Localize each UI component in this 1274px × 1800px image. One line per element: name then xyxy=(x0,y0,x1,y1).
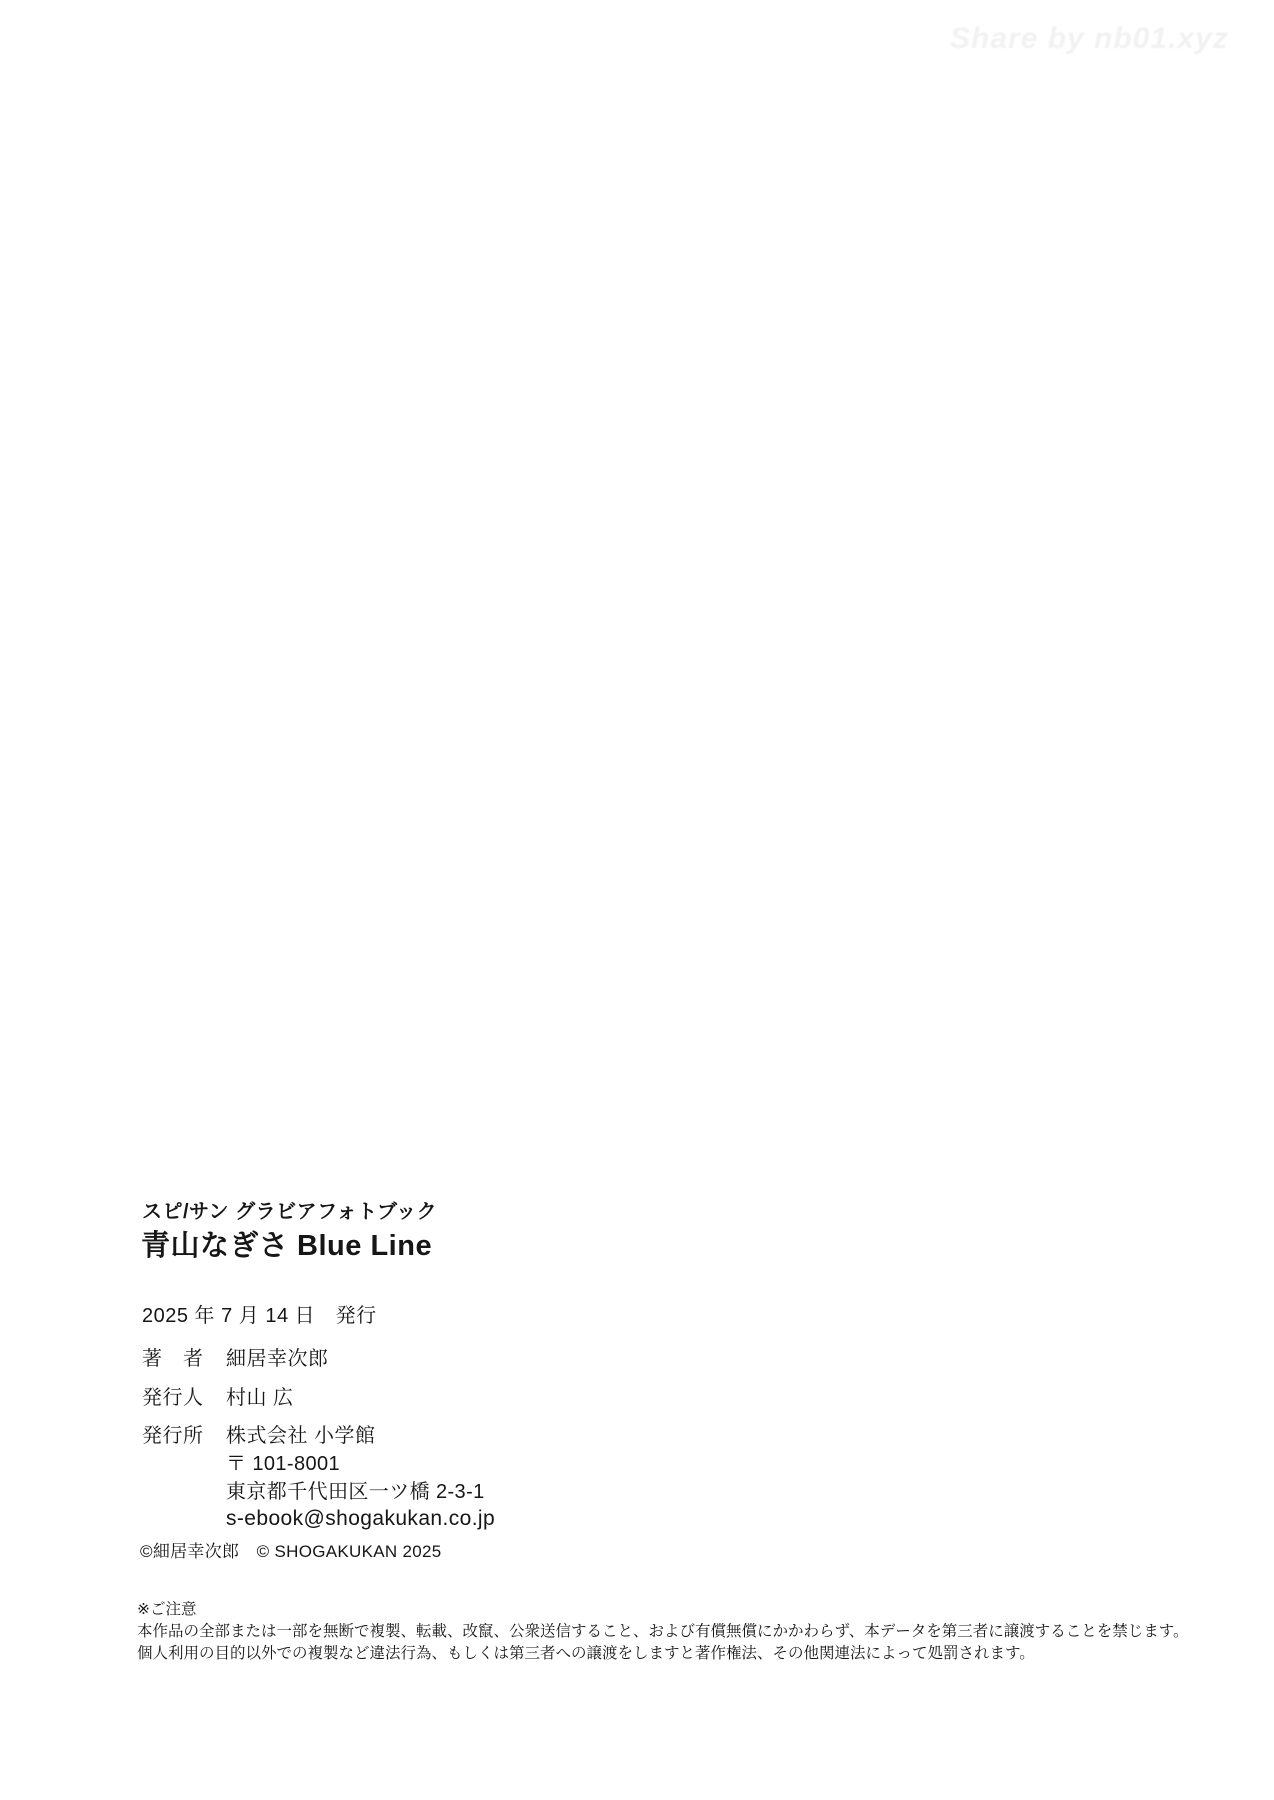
author-name: 細居幸次郎 xyxy=(226,1347,329,1372)
author-label: 著 者 xyxy=(142,1347,226,1372)
colophon-page: Share by nb01.xyz スピ/サン グラビアフォトブック 青山なぎさ… xyxy=(0,0,1274,1800)
publisher-postal-code: 〒 101-8001 xyxy=(226,1452,340,1477)
notice-heading: ※ご注意 xyxy=(137,1600,197,1619)
publisher-name: 株式会社 小学館 xyxy=(226,1424,376,1449)
notice-line-2: 個人利用の目的以外での複製など違法行為、もしくは第三者への譲渡をしますと著作権法… xyxy=(137,1644,1035,1663)
watermark-text: Share by nb01.xyz xyxy=(950,22,1229,56)
notice-line-1: 本作品の全部または一部を無断で複製、転載、改竄、公衆送信すること、および有償無償… xyxy=(137,1622,1189,1641)
publisher-label: 発行所 xyxy=(142,1424,226,1449)
publisher-address: 東京都千代田区一ツ橋 2-3-1 xyxy=(226,1480,485,1505)
author-row: 著 者 細居幸次郎 xyxy=(142,1347,329,1372)
publisher-row: 発行所 株式会社 小学館 xyxy=(142,1424,376,1449)
copyright-line: ©細居幸次郎 © SHOGAKUKAN 2025 xyxy=(140,1541,442,1562)
series-title: スピ/サン グラビアフォトブック xyxy=(142,1200,437,1225)
book-title: 青山なぎさ Blue Line xyxy=(141,1228,432,1264)
publication-date: 2025 年 7 月 14 日 発行 xyxy=(142,1304,377,1329)
publisher-email: s-ebook@shogakukan.co.jp xyxy=(226,1506,495,1532)
issuer-row: 発行人 村山 広 xyxy=(142,1386,294,1411)
issuer-name: 村山 広 xyxy=(226,1386,294,1411)
issuer-label: 発行人 xyxy=(142,1386,226,1411)
